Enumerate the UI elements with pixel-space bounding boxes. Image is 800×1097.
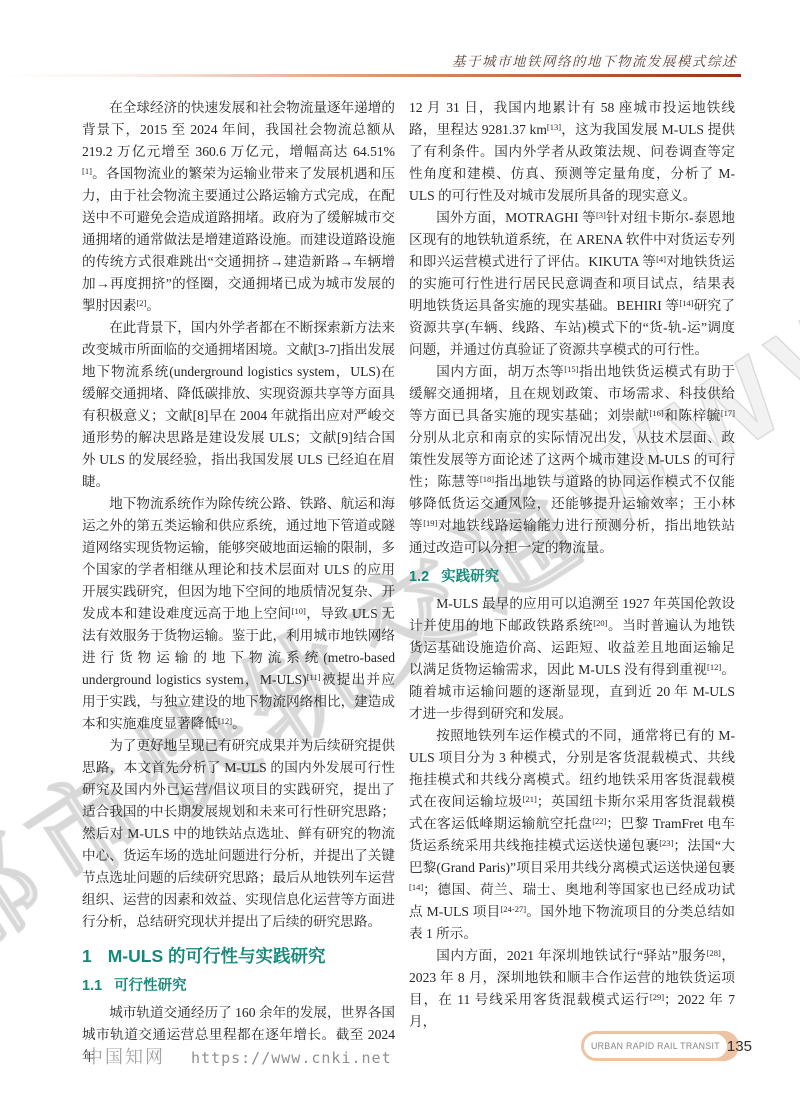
feasibility-paragraph-foreign: 国外方面，MOTRAGHI 等[3]针对纽卡斯尔-泰恩地区现有的地铁轨道系统，在… [409, 207, 735, 361]
intro-paragraph-2: 在此背景下，国内外学者都在不断探索新方法来改变城市所面临的交通拥堵困境。文献[3… [82, 317, 395, 493]
running-header-title: 基于城市地铁网络的地下物流发展模式综述 [452, 50, 737, 70]
section-1-2-title: 实践研究 [441, 569, 499, 585]
intro-paragraph-3: 地下物流系统作为除传统公路、铁路、航运和海运之外的第五类运输和供应系统，通过地下… [82, 493, 395, 735]
section-1-heading: 1M-ULS 的可行性与实践研究 [82, 945, 395, 967]
page-number: 135 [727, 1038, 752, 1055]
feasibility-paragraph-domestic: 国内方面，胡万杰等[15]指出地铁货运模式有助于缓解交通拥堵，且在规划政策、市场… [409, 361, 735, 559]
paper-page: 都市快轨交通WWW.CCM 基于城市地铁网络的地下物流发展模式综述 在全球经济的… [0, 0, 800, 1097]
practice-paragraph-3: 国内方面，2021 年深圳地铁试行“驿站”服务[28]，2023 年 8 月，深… [409, 945, 735, 1033]
practice-paragraph-1: M-ULS 最早的应用可以追溯至 1927 年英国伦敦设计并使用的地下邮政铁路系… [409, 593, 735, 725]
section-1-2-heading: 1.2实践研究 [409, 566, 735, 588]
journal-badge: URBAN RAPID RAIL TRANSIT 135 [581, 1031, 739, 1061]
column-left: 在全球经济的快速发展和社会物流量逐年递增的背景下，2015 至 2024 年间，… [82, 97, 395, 1068]
cnki-url-text: https://www.cnki.net [191, 1049, 392, 1067]
journal-name-label: URBAN RAPID RAIL TRANSIT [584, 1034, 727, 1058]
header-rule [0, 74, 741, 77]
section-1-number: 1 [82, 946, 92, 966]
column-right: 12 月 31 日，我国内地累计有 58 座城市投运地铁线路，里程达 9281.… [409, 97, 735, 1033]
intro-paragraph-4: 为了更好地呈现已有研究成果并为后续研究提供思路，本文首先分析了 M-ULS 的国… [82, 735, 395, 933]
practice-paragraph-2: 按照地铁列车运作模式的不同，通常将已有的 M-ULS 项目分为 3 种模式，分别… [409, 725, 735, 945]
intro-paragraph-1: 在全球经济的快速发展和社会物流量逐年递增的背景下，2015 至 2024 年间，… [82, 97, 395, 317]
cnki-footer: 中国知网 https://www.cnki.net [85, 1043, 392, 1069]
feasibility-paragraph-continued: 12 月 31 日，我国内地累计有 58 座城市投运地铁线路，里程达 9281.… [409, 97, 735, 207]
section-1-1-title: 可行性研究 [114, 978, 187, 994]
section-1-2-number: 1.2 [409, 569, 429, 585]
section-1-1-heading: 1.1可行性研究 [82, 975, 395, 997]
cnki-brand-text: 中国知网 [85, 1043, 165, 1069]
section-1-title: M-ULS 的可行性与实践研究 [108, 946, 326, 966]
section-1-1-number: 1.1 [82, 978, 102, 994]
